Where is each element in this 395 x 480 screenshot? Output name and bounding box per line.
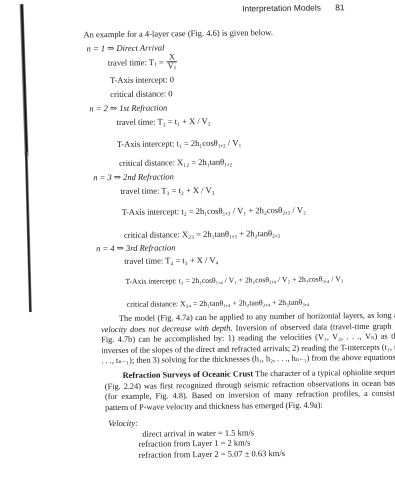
velocity-label: Velocity: [108,419,138,428]
denominator: V1 [167,63,178,73]
paragraph-emphasis: velocity does not decrease with depth [101,323,230,334]
case-2-travel-time: travel time: T₂ = t₁ + X / V₂ [117,117,211,127]
case-4-label: n = 4 ⇒ [96,243,126,253]
section-heading: Refraction Surveys of Oceanic Crust [123,369,254,380]
case-1-travel-time: travel time: T1 = XV1 [108,53,179,73]
case-3-heading: n = 3 ⇒ 2nd Refraction [93,172,174,181]
case-2-title: 1st Refraction [119,102,167,113]
case-4-intercept: T-Axis intercept: t₃ = 2h₁cosθ₁,₄ / V₁ +… [125,275,343,285]
case-2-critical: critical distance: X₁₂ = 2h₁tanθ₁,₂ [119,158,232,168]
fraction: XV1 [167,53,178,72]
page-binding-edge [20,4,29,156]
case-1-title: Direct Arrival [116,42,164,53]
velocity-line-3: refraction from Layer 2 = 5.07 ± 0.63 km… [139,449,285,459]
case-3-travel-time: travel time: T₃ = t₂ + X / V₃ [120,186,214,196]
case-3-label: n = 3 ⇒ [93,172,123,182]
paragraph-model: The model (Fig. 4.7a) can be applied to … [101,311,395,367]
case-3-intercept: T-Axis intercept: t₂ = 2h₁cosθ₁,₃ / V₁ +… [122,206,306,217]
subscript: 1 [174,66,177,72]
intro-sentence: An example for a 4-layer case (Fig. 4.6)… [83,28,273,39]
case-4-travel-time: travel time: T₄ = t₃ + X / V₄ [124,256,218,266]
case-2-heading: n = 2 ⇒ 1st Refraction [89,103,167,112]
equals: = [157,57,166,67]
case-4-heading: n = 4 ⇒ 3rd Refraction [96,243,175,252]
case-2-intercept: T-Axis intercept: t₁ = 2h₁cosθ₁,₂ / V₁ [117,138,242,148]
case-3-critical: critical distance: X₂₃ = 2h₁tanθ₁,₃ + 2h… [124,229,280,239]
velocity-line-2: refraction from Layer 1 = 2 km/s [138,438,250,448]
case-1-label: n = 1 ⇒ [87,43,117,53]
case-4-critical: critical distance: X₃₄ = 2h₁tanθ₁,₄ + 2h… [127,299,310,309]
paragraph-oceanic-crust: Refraction Surveys of Oceanic Crust The … [105,368,395,414]
page-binding-edge-lower [25,152,32,312]
case-1-intercept: T-Axis intercept: 0 [110,75,174,84]
case-2-label: n = 2 ⇒ [89,103,119,113]
page-number: 81 [335,2,344,12]
case-1-heading: n = 1 ⇒ Direct Arrival [87,43,165,52]
case-4-title: 3rd Refraction [126,242,176,253]
travel-time-label: travel time: T [108,57,154,68]
book-page: Interpretation Models 81 An example for … [0,0,395,480]
running-title: Interpretation Models [242,3,321,14]
case-3-title: 2nd Refraction [123,171,174,182]
running-header: Interpretation Models 81 [242,2,344,13]
case-1-critical: critical distance: 0 [110,89,172,98]
